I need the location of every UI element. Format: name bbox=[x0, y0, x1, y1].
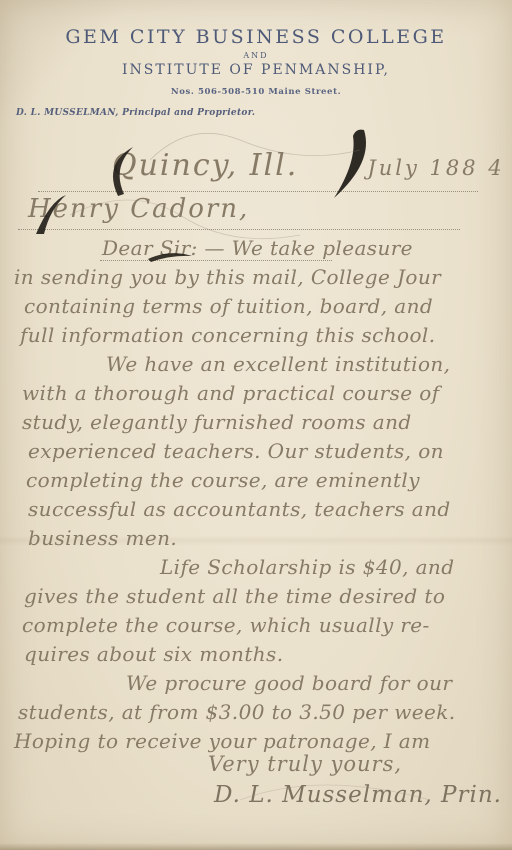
letter-line: completing the course, are eminently bbox=[10, 466, 506, 495]
letterhead-address: Nos. 506-508-510 Maine Street. bbox=[0, 87, 512, 97]
letter-line: successful as accountants, teachers and bbox=[10, 495, 506, 524]
letter-line: quires about six months. bbox=[10, 640, 506, 669]
recipient-rule bbox=[18, 229, 460, 230]
letter-body: Dear Sir: — We take pleasurein sending y… bbox=[10, 234, 506, 756]
recipient-name: Henry Cadorn, bbox=[28, 194, 249, 224]
letter-line: with a thorough and practical course of bbox=[10, 379, 506, 408]
letter-line: complete the course, which usually re- bbox=[10, 611, 506, 640]
valediction: Very truly yours, bbox=[208, 752, 402, 776]
letter-line: in sending you by this mail, College Jou… bbox=[10, 263, 506, 292]
letterhead-title: GEM CITY BUSINESS COLLEGE bbox=[0, 26, 512, 48]
letter-line: Life Scholarship is $40, and bbox=[10, 553, 506, 582]
letter-line: experienced teachers. Our students, on bbox=[10, 437, 506, 466]
letter-line: study, elegantly furnished rooms and bbox=[10, 408, 506, 437]
letter-line: We have an excellent institution, bbox=[10, 350, 506, 379]
letter-line: gives the student all the time desired t… bbox=[10, 582, 506, 611]
dateline-rule bbox=[38, 191, 478, 192]
dateline-place: Quincy, Ill. bbox=[112, 148, 298, 183]
dateline-date: July 188 4 bbox=[367, 156, 504, 180]
letterhead-subtitle: INSTITUTE OF PENMANSHIP, bbox=[0, 62, 512, 78]
letter-document: GEM CITY BUSINESS COLLEGE AND INSTITUTE … bbox=[0, 0, 512, 850]
letter-line: We procure good board for our bbox=[10, 669, 506, 698]
letter-line: full information concerning this school. bbox=[10, 321, 506, 350]
letter-line: containing terms of tuition, board, and bbox=[10, 292, 506, 321]
letterhead: GEM CITY BUSINESS COLLEGE AND INSTITUTE … bbox=[0, 26, 512, 97]
letterhead-connector: AND bbox=[0, 51, 512, 60]
letter-line: students, at from $3.00 to 3.50 per week… bbox=[10, 698, 506, 727]
letter-line: business men. bbox=[10, 524, 506, 553]
letterhead-proprietor: D. L. MUSSELMAN, Principal and Proprieto… bbox=[16, 108, 255, 118]
letter-line: Dear Sir: — We take pleasure bbox=[10, 234, 506, 263]
dateline: Quincy, Ill. July 188 4 bbox=[112, 148, 502, 183]
signature: D. L. Musselman, Prin. bbox=[214, 782, 502, 808]
